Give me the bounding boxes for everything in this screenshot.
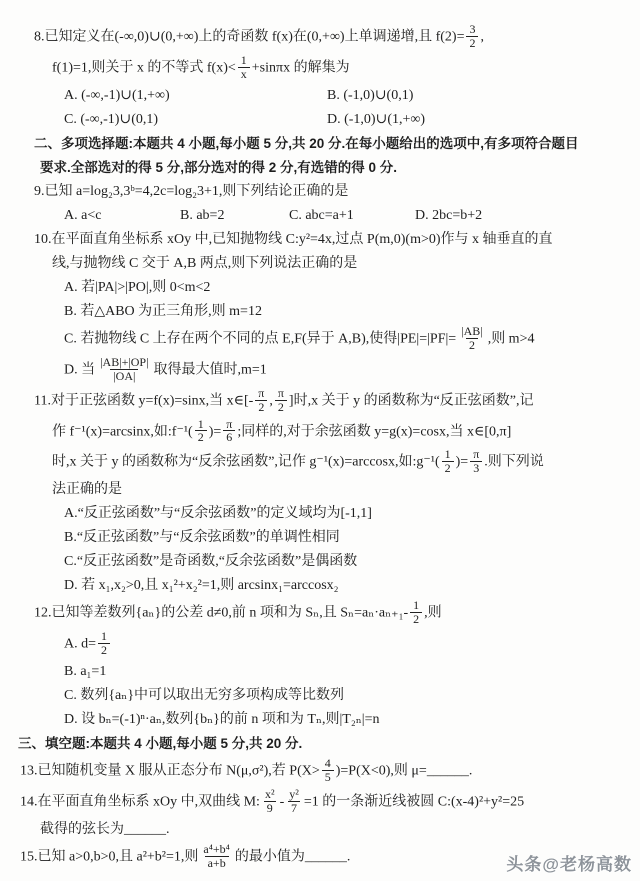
fraction: |AB|+|OP||OA| [97, 356, 151, 383]
q11-line-4: 法正确的是 [0, 480, 640, 500]
exam-lines: 8.已知定义在(-∞,0)∪(0,+∞)上的奇函数 f(x)在(0,+∞)上单调… [0, 24, 640, 871]
q10-line-2: 线,与抛物线 C 交于 A,B 两点,则下列说法正确的是 [0, 254, 640, 274]
fraction: |AB|2 [458, 325, 485, 352]
q11-option-c: C.“反正弦函数”是奇函数,“反余弦函数”是偶函数 [0, 552, 640, 572]
section-3-header: 三、填空题:本题共 4 小题,每小题 5 分,共 20 分. [0, 734, 640, 754]
q8-options-row-2: C. (-∞,-1)∪(0,1)D. (-1,0)∪(1,+∞) [0, 110, 640, 130]
section-2-header-line-1: 二、多项选择题:本题共 4 小题,每小题 5 分,共 20 分.在每小题给出的选… [0, 134, 640, 154]
fraction: π6 [223, 418, 235, 445]
q9-option-c: C. abc=a+1 [289, 206, 415, 226]
q10-option-c: C. 若抛物线 C 上存在两个不同的点 E,F(异于 A,B),使得|PE|=|… [0, 326, 640, 353]
q9-line-1: 9.已知 a=log₂3,3ᵇ=4,2c=log₂3+1,则下列结论正确的是 [0, 182, 640, 202]
q8-options-row-1: A. (-∞,-1)∪(1,+∞)B. (-1,0)∪(0,1) [0, 86, 640, 106]
q14-line-2: 截得的弦长为______. [0, 820, 640, 840]
q11-option-b: B.“反正弦函数”与“反余弦函数”的单调性相同 [0, 528, 640, 548]
q12-option-a: A. d=12 [0, 631, 640, 658]
q8-option-b: B. (-1,0)∪(0,1) [327, 86, 413, 106]
fraction: π2 [275, 387, 287, 414]
q9-option-a: A. a<c [64, 206, 180, 226]
q10-option-a: A. 若|PA|>|PO|,则 0<m<2 [0, 278, 640, 298]
q10-option-d: D. 当|AB|+|OP||OA|取得最大值时,m=1 [0, 357, 640, 384]
q13-line-1: 13.已知随机变量 X 服从正态分布 N(μ,σ²),若 P(X>45)=P(X… [0, 758, 640, 785]
q12-option-c: C. 数列{aₙ}中可以取出无穷多项构成等比数列 [0, 686, 640, 706]
q8-option-d: D. (-1,0)∪(1,+∞) [327, 110, 425, 130]
q12-line-1: 12.已知等差数列{aₙ}的公差 d≠0,前 n 项和为 Sₙ,且 Sₙ=aₙ·… [0, 600, 640, 627]
fraction: π3 [470, 448, 482, 475]
fraction: 12 [442, 448, 454, 475]
q14-line-1: 14.在平面直角坐标系 xOy 中,双曲线 M:x²9-y²7=1 的一条渐近线… [0, 789, 640, 816]
q11-option-a: A.“反正弦函数”与“反余弦函数”的定义域均为[-1,1] [0, 504, 640, 524]
q12-option-b: B. a₁=1 [0, 662, 640, 682]
q11-option-d: D. 若 x₁,x₂>0,且 x₁²+x₂²=1,则 arcsinx₁=arcc… [0, 576, 640, 596]
fraction: 32 [466, 23, 478, 50]
q10-line-1: 10.在平面直角坐标系 xOy 中,已知抛物线 C:y²=4x,过点 P(m,0… [0, 230, 640, 250]
fraction: 12 [98, 630, 110, 657]
q11-line-3: 时,x 关于 y 的函数称为“反余弦函数”,记作 g⁻¹(x)=arccosx,… [0, 449, 640, 476]
fraction: a⁴+b⁴a+b [200, 843, 232, 870]
q11-line-2: 作 f⁻¹(x)=arcsinx,如:f⁻¹(12)=π6;同样的,对于余弦函数… [0, 419, 640, 446]
fraction: 12 [410, 599, 422, 626]
q9-option-d: D. 2bc=b+2 [415, 206, 482, 226]
q8-line-1: 8.已知定义在(-∞,0)∪(0,+∞)上的奇函数 f(x)在(0,+∞)上单调… [0, 24, 640, 51]
fraction: 1x [238, 54, 250, 81]
q12-option-d: D. 设 bₙ=(-1)ⁿ·aₙ,数列{bₙ}的前 n 项和为 Tₙ,则|T₂ₙ… [0, 710, 640, 730]
fraction: 12 [195, 418, 207, 445]
q8-option-c: C. (-∞,-1)∪(0,1) [64, 110, 327, 130]
q9-option-b: B. ab=2 [180, 206, 289, 226]
section-2-header-line-2: 要求.全部选对的得 5 分,部分选对的得 2 分,有选错的得 0 分. [0, 158, 640, 178]
fraction: y²7 [286, 788, 302, 815]
q10-option-b: B. 若△ABO 为正三角形,则 m=12 [0, 302, 640, 322]
q9-options-row: A. a<cB. ab=2C. abc=a+1D. 2bc=b+2 [0, 206, 640, 226]
q11-line-1: 11.对于正弦函数 y=f(x)=sinx,当 x∈[-π2,π2]时,x 关于… [0, 388, 640, 415]
fraction: 45 [322, 757, 334, 784]
watermark: 头条@老杨高数 [506, 850, 632, 875]
q8-option-a: A. (-∞,-1)∪(1,+∞) [64, 86, 327, 106]
fraction: x²9 [262, 788, 278, 815]
q8-line-2: f(1)=1,则关于 x 的不等式 f(x)<1x+sinπx 的解集为 [0, 55, 640, 82]
fraction: π2 [255, 387, 267, 414]
exam-paper: 8.已知定义在(-∞,0)∪(0,+∞)上的奇函数 f(x)在(0,+∞)上单调… [0, 0, 640, 881]
